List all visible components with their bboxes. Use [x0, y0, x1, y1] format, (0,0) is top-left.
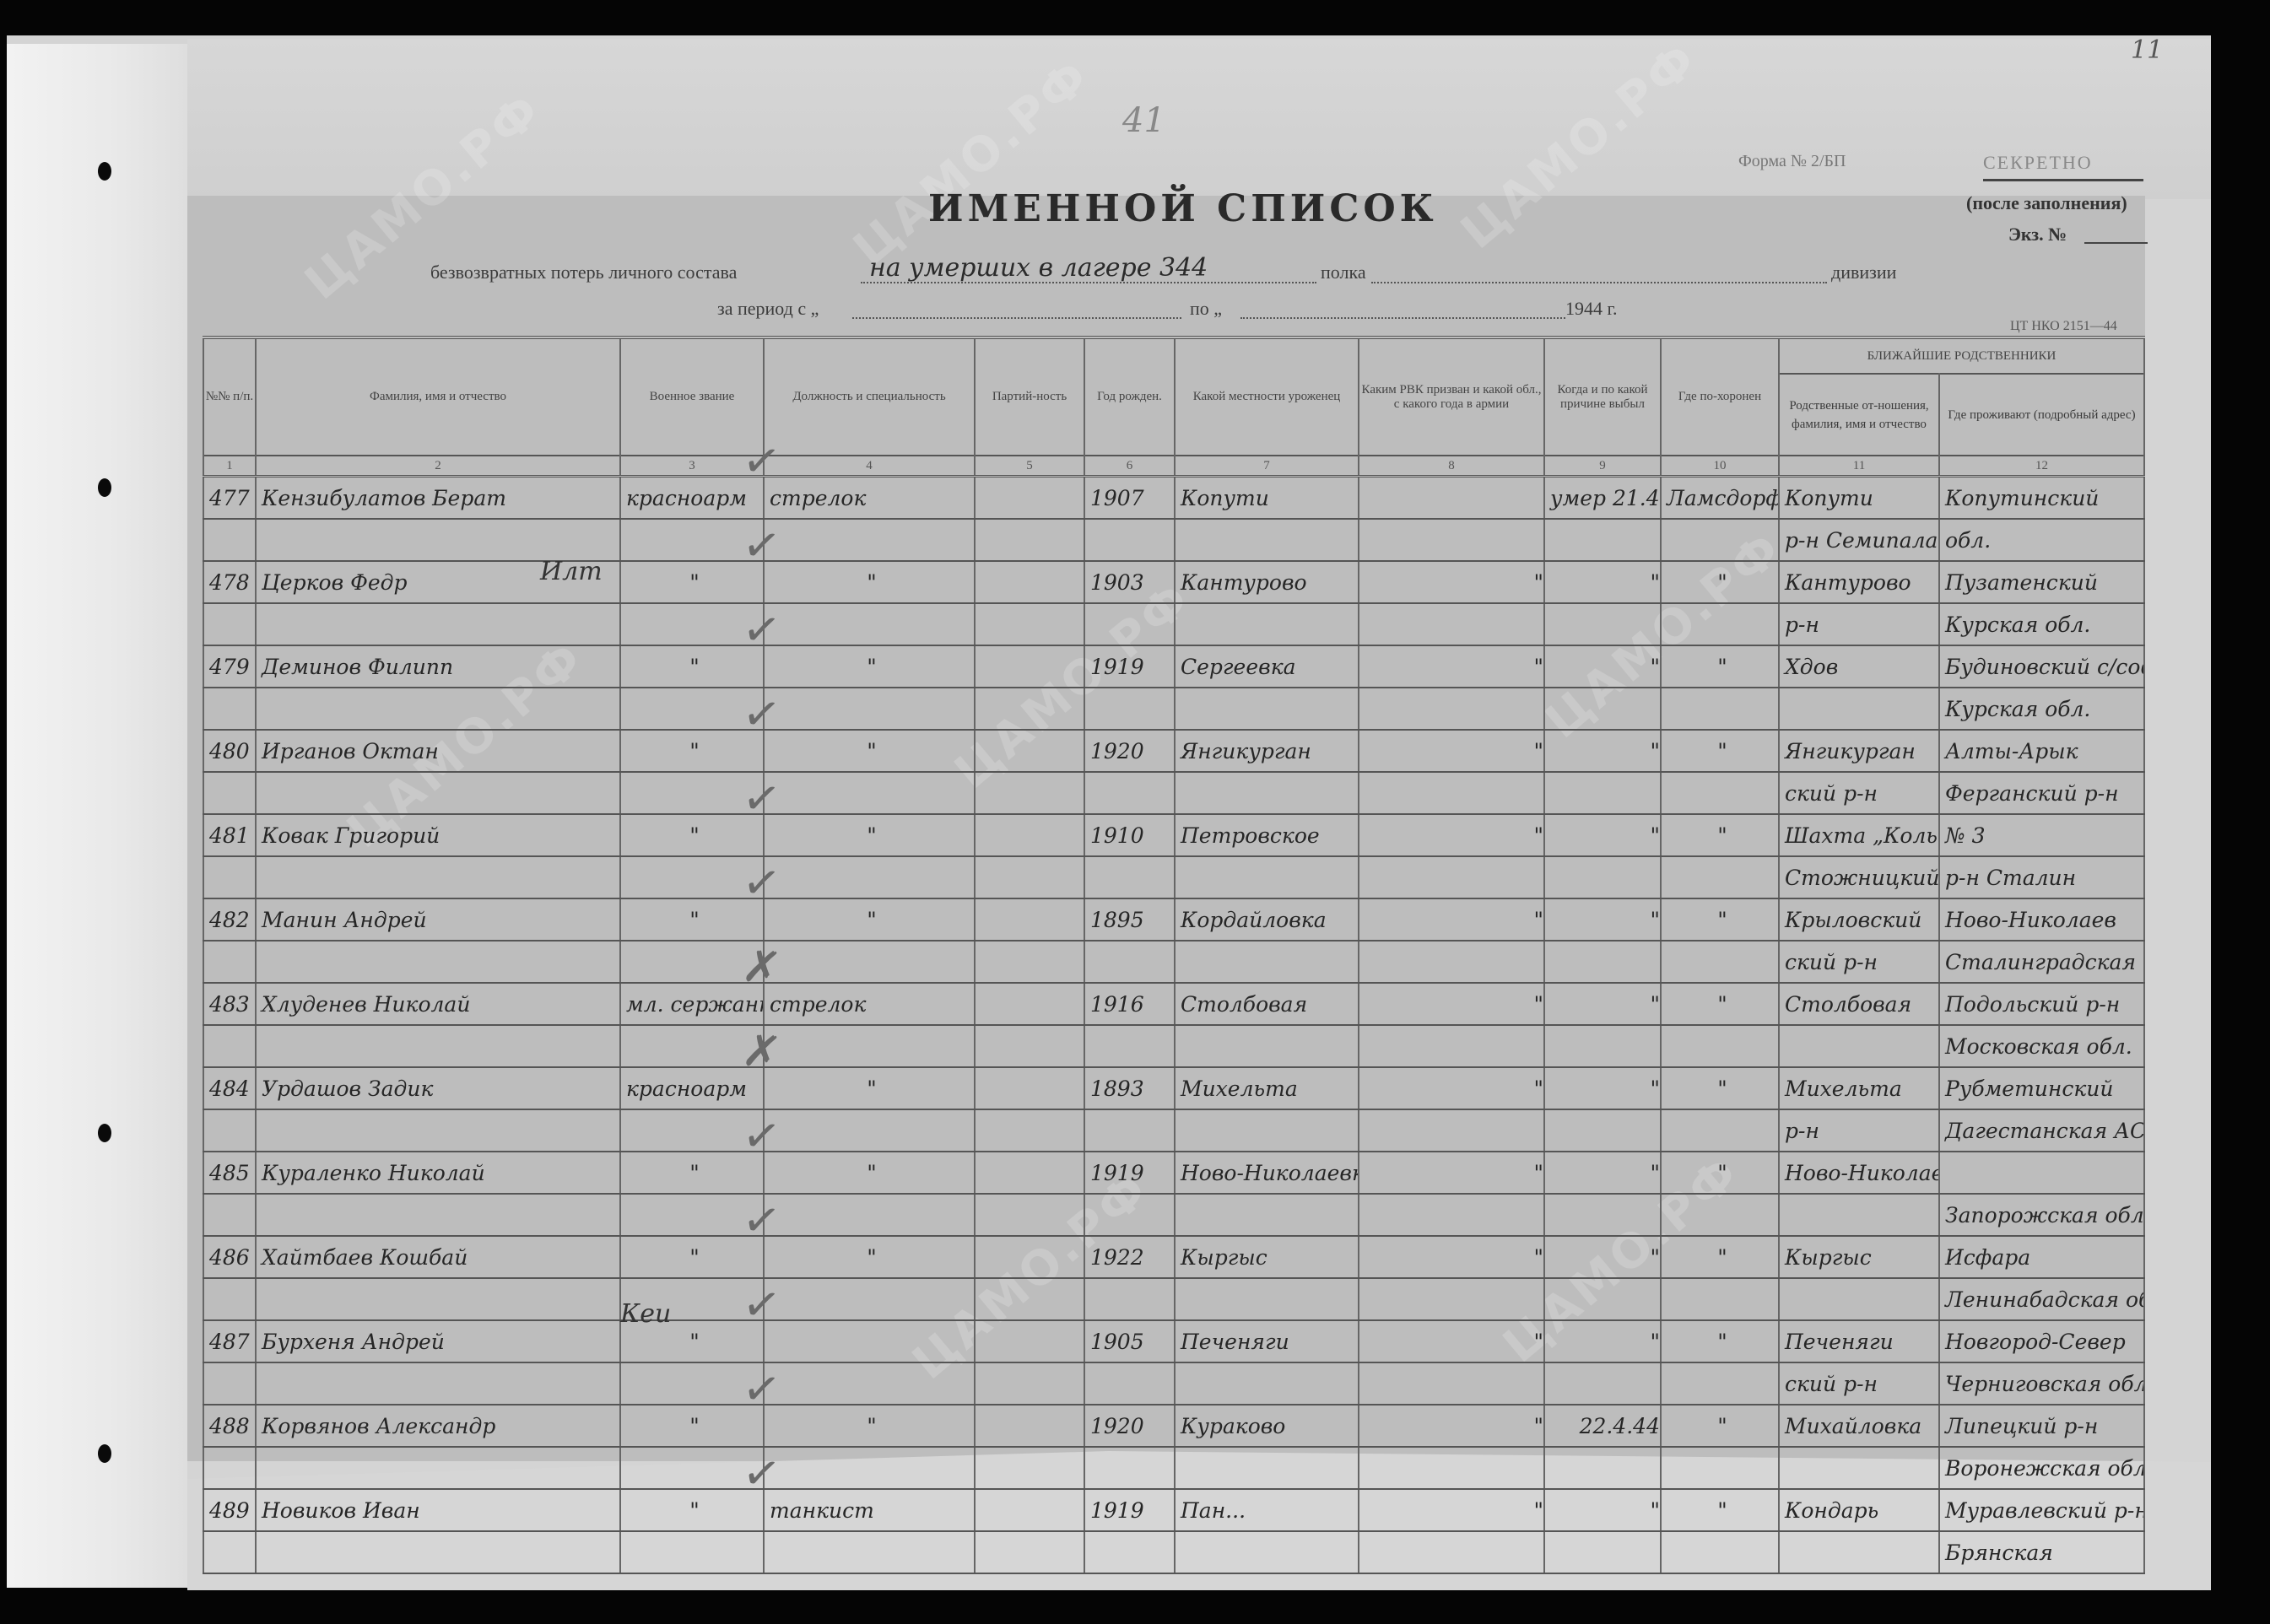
burial-place: " [1661, 730, 1779, 772]
relative-info: Печеняги [1779, 1320, 1939, 1362]
col-number: 2 [256, 456, 620, 477]
checkmark-icon: ✗ [739, 1022, 785, 1081]
checkmark-icon: ✓ [739, 1360, 785, 1418]
empty-cell [256, 1109, 620, 1152]
rvk-draft: " [1359, 645, 1544, 688]
col-number: 8 [1359, 456, 1544, 477]
col-number: 4 [764, 456, 975, 477]
relative-info: Кондарь [1779, 1489, 1939, 1531]
position: стрелок [764, 983, 975, 1025]
relative-address-cont: Запорожская обл. [1939, 1194, 2144, 1236]
subtitle-handwritten: на умерших в лагере 344 [869, 253, 1208, 283]
row-number: 480 [203, 730, 256, 772]
col-number: 5 [975, 456, 1084, 477]
birthplace: Пан... [1175, 1489, 1359, 1531]
birth-year: 1916 [1084, 983, 1175, 1025]
full-name: Хайтбаев Кошбай [256, 1236, 620, 1278]
header-when-left: Когда и по какой причине выбыл [1544, 337, 1661, 456]
party-membership [975, 814, 1084, 856]
full-name: Деминов Филипп [256, 645, 620, 688]
relative-address-cont: Брянская [1939, 1531, 2144, 1573]
birth-year: 1919 [1084, 1489, 1175, 1531]
relative-info-cont [1779, 688, 1939, 730]
empty-cell [1084, 1447, 1175, 1489]
table-row-continuation: Курская обл. [203, 688, 2144, 730]
relative-info-cont: ский р-н [1779, 1362, 1939, 1405]
empty-cell [1661, 856, 1779, 898]
relative-info-cont: ский р-н [1779, 941, 1939, 983]
empty-cell [1359, 1194, 1544, 1236]
relative-address: Алты-Арык [1939, 730, 2144, 772]
empty-cell [256, 941, 620, 983]
header-name: Фамилия, имя и отчество [256, 337, 620, 456]
empty-cell [975, 519, 1084, 561]
party-membership [975, 730, 1084, 772]
empty-cell [203, 1278, 256, 1320]
burial-place: " [1661, 1320, 1779, 1362]
empty-cell [1175, 772, 1359, 814]
relative-info-cont [1779, 1025, 1939, 1067]
empty-cell [975, 856, 1084, 898]
empty-cell [203, 1109, 256, 1152]
when-left: " [1544, 645, 1661, 688]
when-left: умер 21.4.44 [1544, 477, 1661, 520]
relative-address: Будиновский с/сов. [1939, 645, 2144, 688]
when-left: " [1544, 561, 1661, 603]
empty-cell [764, 941, 975, 983]
party-membership [975, 1320, 1084, 1362]
full-name: Манин Андрей [256, 898, 620, 941]
empty-cell [1661, 603, 1779, 645]
empty-cell [1544, 941, 1661, 983]
empty-cell [1359, 688, 1544, 730]
table-row-continuation: Воронежская обл. [203, 1447, 2144, 1489]
relative-info: Кантурово [1779, 561, 1939, 603]
birthplace: Кыргыс [1175, 1236, 1359, 1278]
when-left: " [1544, 730, 1661, 772]
table-row-continuation: Московская обл. [203, 1025, 2144, 1067]
empty-cell [1359, 772, 1544, 814]
copy-number-field [2084, 242, 2148, 244]
empty-cell [1544, 772, 1661, 814]
classification-label: СЕКРЕТНО [1983, 152, 2093, 174]
table-row: 481Ковак Григорий""1910Петровское"""Шахт… [203, 814, 2144, 856]
page-number: 11 [2131, 35, 2163, 65]
table-row: 477Кензибулатов Бераткрасноармстрелок190… [203, 477, 2144, 520]
empty-cell [1084, 603, 1175, 645]
table-row-continuation: р-нДагестанская АССР [203, 1109, 2144, 1152]
empty-cell [1544, 1109, 1661, 1152]
rvk-draft: " [1359, 983, 1544, 1025]
table-row-continuation: ский р-нФерганский р-н [203, 772, 2144, 814]
empty-cell [203, 1194, 256, 1236]
empty-cell [1544, 603, 1661, 645]
row-number: 477 [203, 477, 256, 520]
document-title: ИМЕННОЙ СПИСОК [928, 187, 1438, 230]
empty-cell [203, 1531, 256, 1573]
period-to-field [1240, 317, 1565, 319]
empty-cell [764, 1362, 975, 1405]
empty-cell [1084, 688, 1175, 730]
position: " [764, 898, 975, 941]
birth-year: 1905 [1084, 1320, 1175, 1362]
when-left: " [1544, 1320, 1661, 1362]
empty-cell [256, 1025, 620, 1067]
period-to-label: по „ [1190, 298, 1222, 320]
row-number: 482 [203, 898, 256, 941]
empty-cell [1084, 1362, 1175, 1405]
rvk-draft: " [1359, 1405, 1544, 1447]
row-number: 486 [203, 1236, 256, 1278]
header-buried: Где по-хоронен [1661, 337, 1779, 456]
empty-cell [764, 1194, 975, 1236]
burial-place: " [1661, 1405, 1779, 1447]
header-relation: Родственные от-ношения, фамилия, имя и о… [1779, 374, 1939, 456]
empty-cell [1175, 1278, 1359, 1320]
classification-underline [1983, 179, 2143, 181]
signature-mark: Кеи [620, 1299, 671, 1329]
table-row-continuation: р-н Семипалатинскобл. [203, 519, 2144, 561]
relative-info-cont: ский р-н [1779, 772, 1939, 814]
birthplace: Копути [1175, 477, 1359, 520]
checkmark-icon: ✓ [739, 769, 785, 828]
empty-cell [764, 603, 975, 645]
division-label: дивизии [1831, 262, 1896, 283]
party-membership [975, 1405, 1084, 1447]
empty-cell [764, 772, 975, 814]
relative-info-cont [1779, 1447, 1939, 1489]
empty-cell [764, 688, 975, 730]
party-membership [975, 561, 1084, 603]
empty-cell [975, 1194, 1084, 1236]
checkmark-icon: ✓ [739, 1444, 785, 1503]
birthplace: Сергеевка [1175, 645, 1359, 688]
empty-cell [1175, 1531, 1359, 1573]
empty-cell [203, 941, 256, 983]
burial-place: " [1661, 1489, 1779, 1531]
burial-place: Ламсдорф [1661, 477, 1779, 520]
relative-address: Новгород-Север [1939, 1320, 2144, 1362]
relative-address: Липецкий р-н [1939, 1405, 2144, 1447]
empty-cell [1084, 856, 1175, 898]
empty-cell [1661, 1278, 1779, 1320]
table-row-continuation: Брянская [203, 1531, 2144, 1573]
row-number: 479 [203, 645, 256, 688]
col-number: 10 [1661, 456, 1779, 477]
row-number: 487 [203, 1320, 256, 1362]
row-number: 483 [203, 983, 256, 1025]
position: стрелок [764, 477, 975, 520]
when-left: " [1544, 1067, 1661, 1109]
birthplace: Столбовая [1175, 983, 1359, 1025]
checkmark-icon: ✓ [739, 1276, 785, 1334]
form-number: Форма № 2/БП [1738, 152, 1846, 171]
col-number: 11 [1779, 456, 1939, 477]
period-label: за период с „ [717, 298, 819, 320]
copy-number-label: Экз. № [2008, 224, 2067, 245]
checkmark-icon: ✓ [739, 432, 785, 490]
position: танкист [764, 1489, 975, 1531]
subtitle-printed: безвозвратных потерь личного состава [430, 262, 737, 283]
header-rvk: Каким РВК призван и какой обл., с какого… [1359, 337, 1544, 456]
empty-cell [1084, 941, 1175, 983]
position [764, 1320, 975, 1362]
empty-cell [1175, 688, 1359, 730]
party-membership [975, 1152, 1084, 1194]
relative-info: Михельта [1779, 1067, 1939, 1109]
empty-cell [1084, 1025, 1175, 1067]
birthplace: Кордайловка [1175, 898, 1359, 941]
casualty-table: №№ п/п. Фамилия, имя и отчество Военное … [203, 336, 2145, 1574]
table-row-continuation: Стожницкийр-н Сталин [203, 856, 2144, 898]
relative-info: Хдов [1779, 645, 1939, 688]
punch-hole-icon [98, 1124, 111, 1142]
checkmark-icon: ✓ [739, 601, 785, 659]
empty-cell [1175, 856, 1359, 898]
position: " [764, 1236, 975, 1278]
empty-cell [975, 1362, 1084, 1405]
empty-cell [256, 1447, 620, 1489]
empty-cell [1661, 519, 1779, 561]
relative-info-cont [1779, 1194, 1939, 1236]
relative-address-cont: Курская обл. [1939, 688, 2144, 730]
empty-cell [764, 1531, 975, 1573]
archive-mark: 41 [1122, 101, 1165, 140]
table-row: 480Ирганов Октан""1920Янгикурган"""Янгик… [203, 730, 2144, 772]
empty-cell [1084, 1194, 1175, 1236]
rvk-draft: " [1359, 898, 1544, 941]
checkmark-icon: ✓ [739, 1191, 785, 1249]
row-number: 481 [203, 814, 256, 856]
position: " [764, 561, 975, 603]
when-left: " [1544, 1152, 1661, 1194]
col-number: 7 [1175, 456, 1359, 477]
full-name: Кураленко Николай [256, 1152, 620, 1194]
order-reference: ЦТ НКО 2151—44 [2010, 319, 2117, 334]
birth-year: 1893 [1084, 1067, 1175, 1109]
birth-year: 1910 [1084, 814, 1175, 856]
header-number: №№ п/п. [203, 337, 256, 456]
party-membership [975, 898, 1084, 941]
empty-cell [1359, 1531, 1544, 1573]
empty-cell [1084, 1531, 1175, 1573]
party-membership [975, 1067, 1084, 1109]
relative-info-cont: р-н [1779, 1109, 1939, 1152]
empty-cell [1175, 1194, 1359, 1236]
burial-place: " [1661, 983, 1779, 1025]
relative-address-cont: Дагестанская АССР [1939, 1109, 2144, 1152]
table-row: 489Новиков Иван"танкист1919Пан..."""Конд… [203, 1489, 2144, 1531]
birthplace: Печеняги [1175, 1320, 1359, 1362]
empty-cell [256, 1531, 620, 1573]
empty-cell [256, 603, 620, 645]
full-name: Кензибулатов Берат [256, 477, 620, 520]
relative-address: № 3 [1939, 814, 2144, 856]
relative-address: Подольский р-н [1939, 983, 2144, 1025]
empty-cell [203, 603, 256, 645]
after-filling-note: (после заполнения) [1966, 192, 2127, 214]
empty-cell [1084, 1278, 1175, 1320]
relative-address: Муравлевский р-н [1939, 1489, 2144, 1531]
relative-address: Копутинский [1939, 477, 2144, 520]
full-name: Корвянов Александр [256, 1405, 620, 1447]
relative-info: Ново-Николаевка [1779, 1152, 1939, 1194]
table-row: 484Урдашов Задиккрасноарм"1893Михельта""… [203, 1067, 2144, 1109]
empty-cell [975, 1025, 1084, 1067]
when-left: " [1544, 1236, 1661, 1278]
relative-address: Пузатенский [1939, 561, 2144, 603]
punch-hole-icon [98, 1444, 111, 1463]
party-membership [975, 983, 1084, 1025]
burial-place: " [1661, 645, 1779, 688]
empty-cell [203, 1447, 256, 1489]
relative-info-cont: Стожницкий [1779, 856, 1939, 898]
empty-cell [1661, 1025, 1779, 1067]
relative-info: Крыловский [1779, 898, 1939, 941]
relative-address-cont: Ленинабадская обл. [1939, 1278, 2144, 1320]
checkmark-icon: ✓ [739, 1107, 785, 1165]
empty-cell [1661, 1447, 1779, 1489]
empty-cell [1661, 772, 1779, 814]
burial-place: " [1661, 561, 1779, 603]
col-number: 12 [1939, 456, 2144, 477]
table-row: 479Деминов Филипп""1919Сергеевка"""ХдовБ… [203, 645, 2144, 688]
table-row-continuation: Ленинабадская обл. [203, 1278, 2144, 1320]
full-name: Урдашов Задик [256, 1067, 620, 1109]
empty-cell [1544, 1362, 1661, 1405]
table-row: 486Хайтбаев Кошбай""1922Кыргыс"""КыргысИ… [203, 1236, 2144, 1278]
rvk-draft [1359, 477, 1544, 520]
row-number: 485 [203, 1152, 256, 1194]
empty-cell [1661, 1362, 1779, 1405]
binding-margin [7, 44, 187, 1588]
col-number: 9 [1544, 456, 1661, 477]
birth-year: 1920 [1084, 1405, 1175, 1447]
burial-place: " [1661, 1152, 1779, 1194]
empty-cell [203, 1025, 256, 1067]
rvk-draft: " [1359, 730, 1544, 772]
empty-cell [764, 519, 975, 561]
empty-cell [975, 1278, 1084, 1320]
empty-cell [1544, 519, 1661, 561]
empty-cell [1175, 1109, 1359, 1152]
when-left: 22.4.44 [1544, 1405, 1661, 1447]
empty-cell [620, 1531, 764, 1573]
relative-info-cont: р-н Семипалатинск [1779, 519, 1939, 561]
empty-cell [1661, 1109, 1779, 1152]
header-relatives-group: БЛИЖАЙШИЕ РОДСТВЕННИКИ [1779, 337, 2144, 374]
position: " [764, 645, 975, 688]
burial-place: " [1661, 1067, 1779, 1109]
table-row: 482Манин Андрей""1895Кордайловка"""Крыло… [203, 898, 2144, 941]
relative-info: Столбовая [1779, 983, 1939, 1025]
empty-cell [764, 1109, 975, 1152]
subtitle-line [861, 282, 1316, 283]
empty-cell [1661, 688, 1779, 730]
burial-place: " [1661, 814, 1779, 856]
birth-year: 1903 [1084, 561, 1175, 603]
row-number: 484 [203, 1067, 256, 1109]
empty-cell [1359, 519, 1544, 561]
full-name: Ковак Григорий [256, 814, 620, 856]
period-from-field [852, 317, 1181, 319]
position: " [764, 814, 975, 856]
row-number: 488 [203, 1405, 256, 1447]
empty-cell [1661, 941, 1779, 983]
table-row: 485Кураленко Николай""1919Ново-Николаевк… [203, 1152, 2144, 1194]
when-left: " [1544, 814, 1661, 856]
relative-info-cont [1779, 1531, 1939, 1573]
empty-cell [975, 1447, 1084, 1489]
checkmark-icon: ✓ [739, 516, 785, 575]
empty-cell [1359, 1278, 1544, 1320]
empty-cell [1359, 856, 1544, 898]
empty-cell [256, 1194, 620, 1236]
empty-cell [203, 519, 256, 561]
empty-cell [1544, 1194, 1661, 1236]
table-row-continuation: ский р-нСталинградская обл. [203, 941, 2144, 983]
signature-mark: Илт [540, 557, 603, 586]
when-left: " [1544, 983, 1661, 1025]
period-year: 1944 г. [1565, 298, 1618, 320]
birthplace: Михельта [1175, 1067, 1359, 1109]
relative-info-cont: р-н [1779, 603, 1939, 645]
relative-info: Шахта „Кольберг" [1779, 814, 1939, 856]
empty-cell [975, 603, 1084, 645]
empty-cell [1359, 1362, 1544, 1405]
birth-year: 1922 [1084, 1236, 1175, 1278]
birthplace: Кантурово [1175, 561, 1359, 603]
punch-hole-icon [98, 162, 111, 181]
rvk-draft: " [1359, 1152, 1544, 1194]
relative-address-cont: Воронежская обл. [1939, 1447, 2144, 1489]
relative-address-cont: Московская обл. [1939, 1025, 2144, 1067]
empty-cell [256, 519, 620, 561]
relative-address [1939, 1152, 2144, 1194]
empty-cell [1544, 856, 1661, 898]
empty-cell [1084, 772, 1175, 814]
empty-cell [1175, 603, 1359, 645]
empty-cell [975, 941, 1084, 983]
table-row: 487Бурхеня Андрей"1905Печеняги"""Печеняг… [203, 1320, 2144, 1362]
burial-place: " [1661, 1236, 1779, 1278]
birth-year: 1895 [1084, 898, 1175, 941]
birth-year: 1919 [1084, 645, 1175, 688]
table-row-continuation: р-нКурская обл. [203, 603, 2144, 645]
empty-cell [1544, 1025, 1661, 1067]
relative-address-cont: р-н Сталин [1939, 856, 2144, 898]
party-membership [975, 477, 1084, 520]
empty-cell [1359, 941, 1544, 983]
empty-cell [764, 856, 975, 898]
rvk-draft: " [1359, 1236, 1544, 1278]
header-position: Должность и специальность [764, 337, 975, 456]
relative-address-cont: Сталинградская обл. [1939, 941, 2144, 983]
full-name: Хлуденев Николай [256, 983, 620, 1025]
party-membership [975, 1489, 1084, 1531]
party-membership [975, 1236, 1084, 1278]
table-row-continuation: Запорожская обл. [203, 1194, 2144, 1236]
relative-info: Копути [1779, 477, 1939, 520]
empty-cell [256, 856, 620, 898]
empty-cell [975, 688, 1084, 730]
empty-cell [764, 1278, 975, 1320]
empty-cell [256, 772, 620, 814]
empty-cell [1359, 1447, 1544, 1489]
when-left: " [1544, 898, 1661, 941]
birth-year: 1907 [1084, 477, 1175, 520]
when-left: " [1544, 1489, 1661, 1531]
